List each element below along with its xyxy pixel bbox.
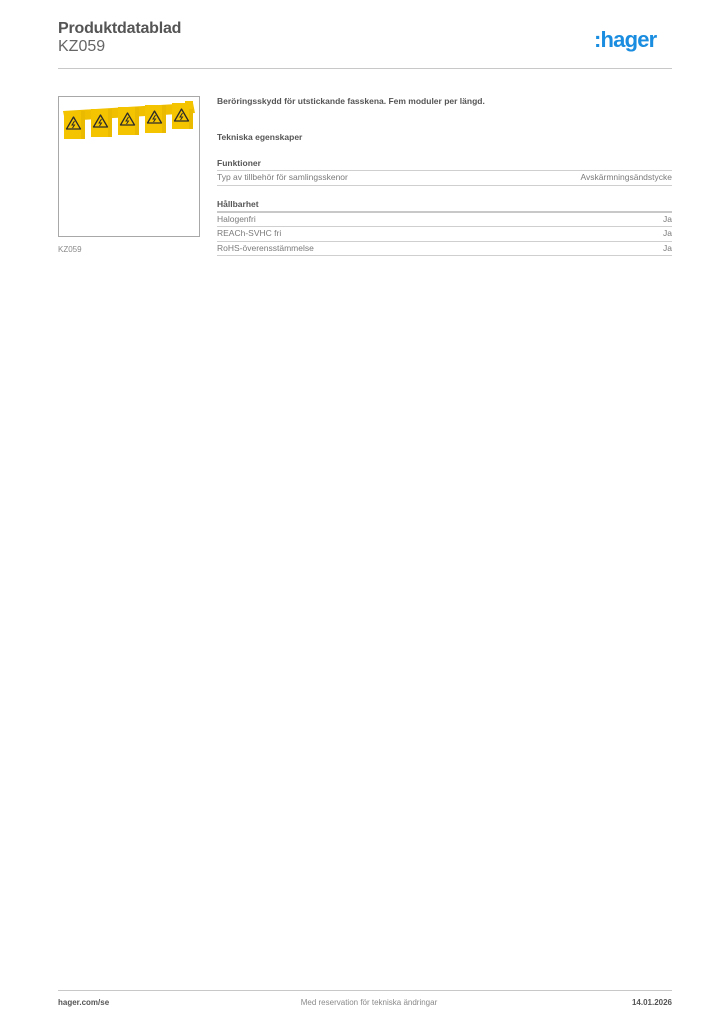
property-label: REACh-SVHC fri <box>217 227 281 241</box>
footer-date: 14.01.2026 <box>632 998 672 1007</box>
table-row: Typ av tillbehör för samlingsskenor Avsk… <box>217 171 672 186</box>
hager-logo: :hager <box>594 27 656 53</box>
group-functions: Funktioner Typ av tillbehör för samlings… <box>217 158 672 186</box>
busbar-cover-illustration <box>59 97 199 236</box>
product-description: Beröringsskydd för utstickande fasskena.… <box>217 96 672 106</box>
header-divider <box>58 68 672 69</box>
footer-divider <box>58 990 672 991</box>
technical-properties-heading: Tekniska egenskaper <box>217 132 672 142</box>
footer-disclaimer: Med reservation för tekniska ändringar <box>0 998 724 1007</box>
property-label: Halogenfri <box>217 213 256 227</box>
product-image-caption: KZ059 <box>58 245 82 254</box>
group-title: Funktioner <box>217 158 672 171</box>
product-details: Beröringsskydd för utstickande fasskena.… <box>217 96 672 256</box>
property-label: Typ av tillbehör för samlingsskenor <box>217 171 348 185</box>
table-row: Halogenfri Ja <box>217 213 672 228</box>
property-value: Avskärmningsändstycke <box>581 171 673 185</box>
property-value: Ja <box>663 242 672 256</box>
group-title: Hållbarhet <box>217 199 672 213</box>
table-row: REACh-SVHC fri Ja <box>217 227 672 242</box>
document-title: Produktdatablad <box>58 20 181 38</box>
property-value: Ja <box>663 213 672 227</box>
table-row: RoHS-överensstämmelse Ja <box>217 242 672 257</box>
product-image <box>58 96 200 237</box>
product-code: KZ059 <box>58 38 105 56</box>
property-value: Ja <box>663 227 672 241</box>
property-label: RoHS-överensstämmelse <box>217 242 314 256</box>
group-sustainability: Hållbarhet Halogenfri Ja REACh-SVHC fri … <box>217 199 672 257</box>
